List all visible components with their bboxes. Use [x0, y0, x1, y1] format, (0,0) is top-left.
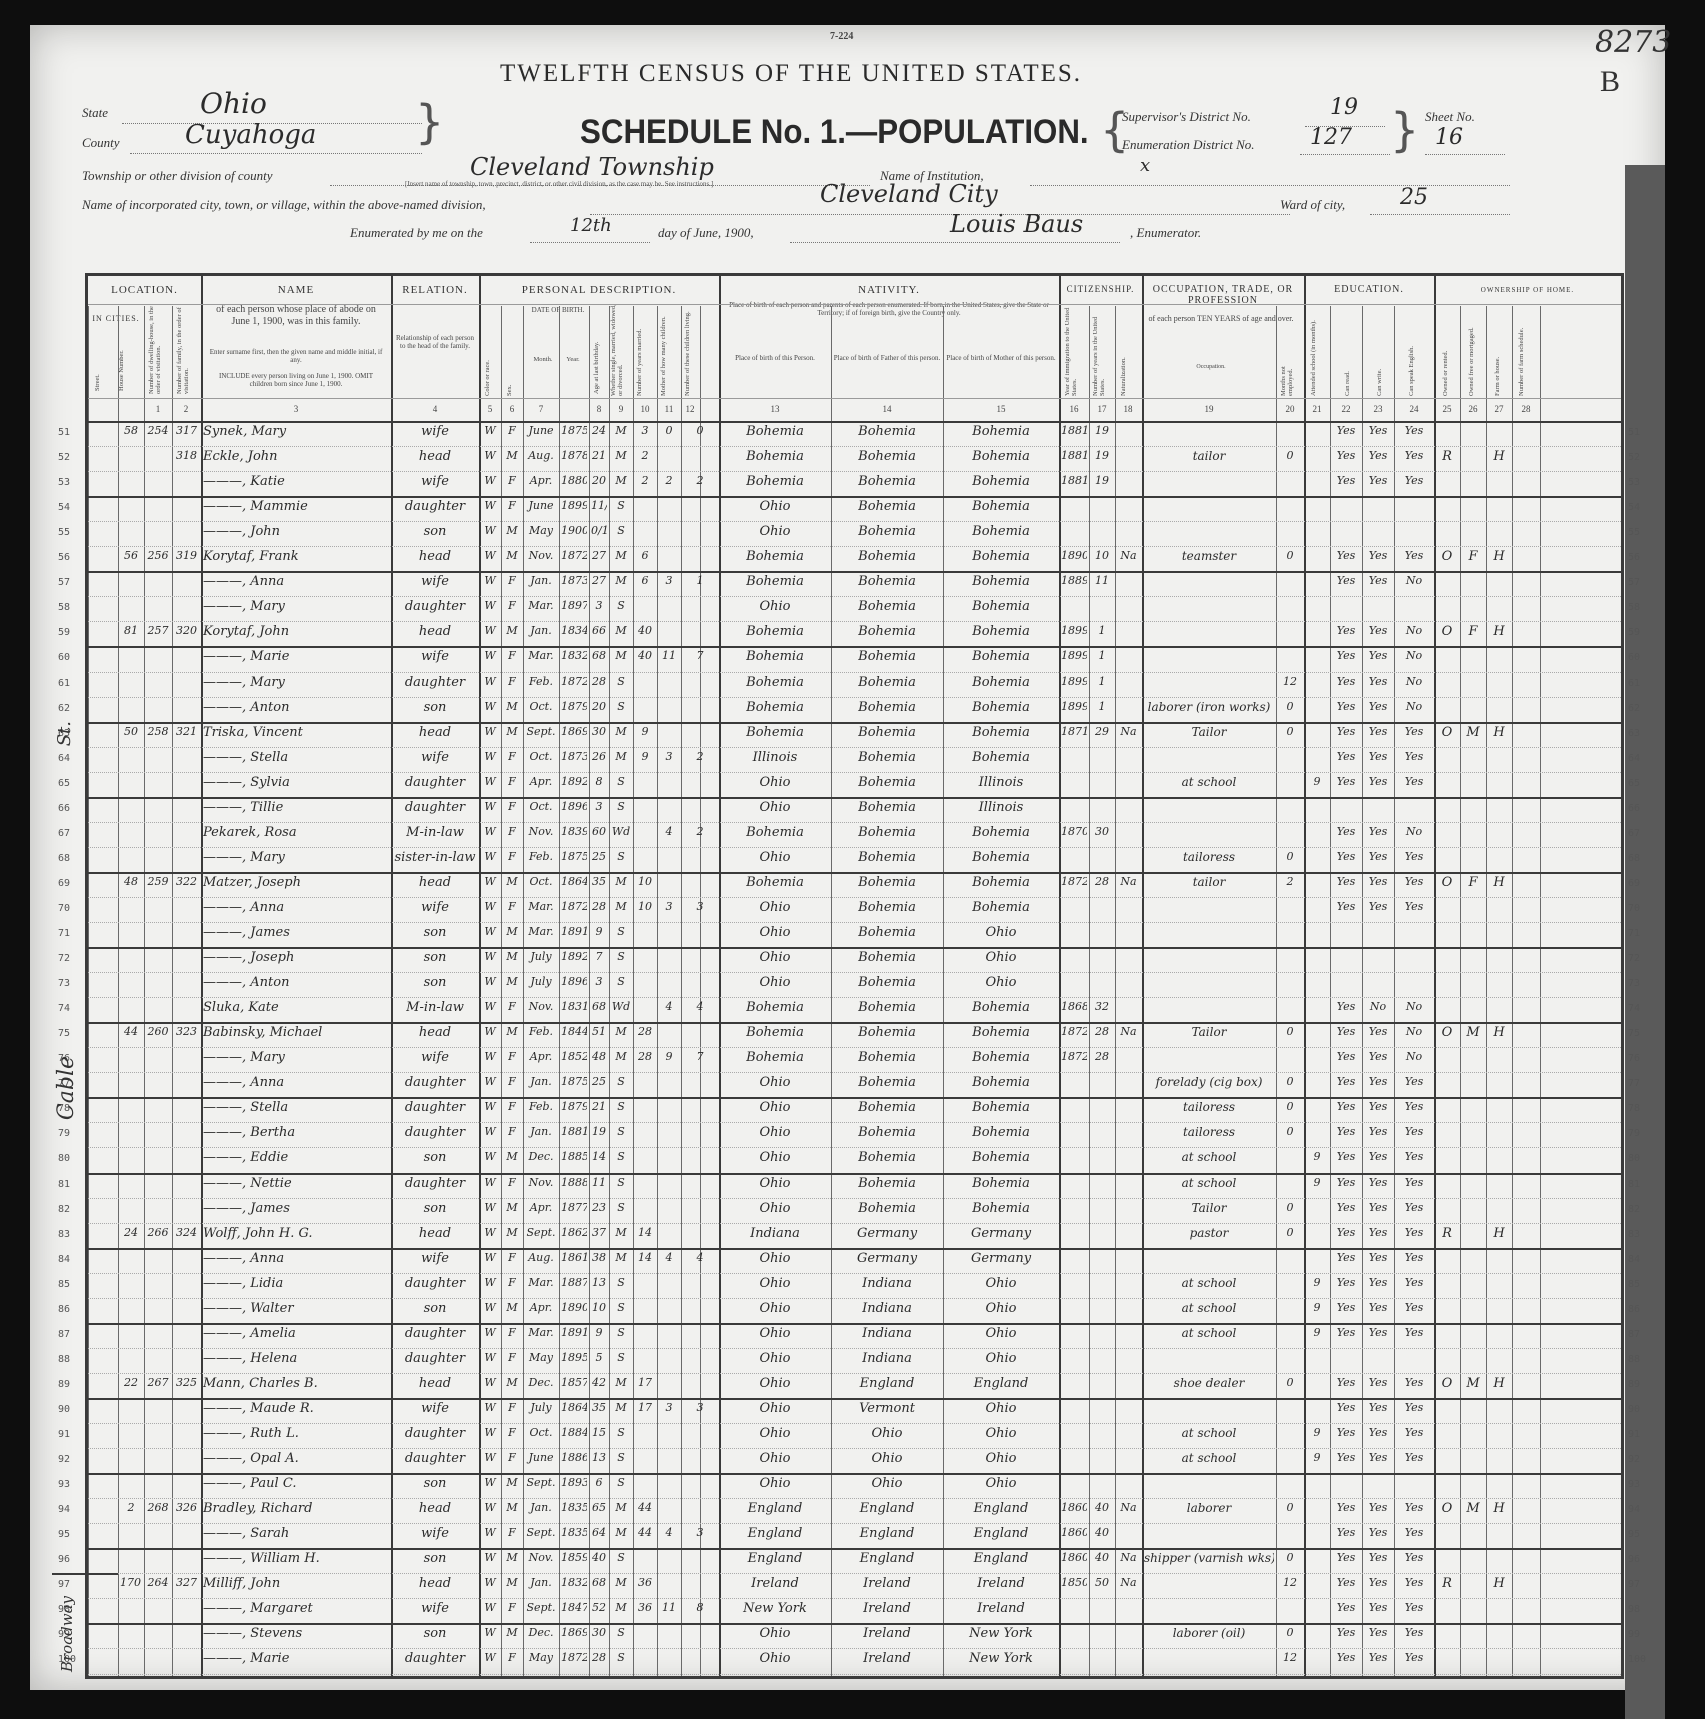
cell-family: 325 [174, 1376, 199, 1389]
cell-school: 9 [1306, 1276, 1328, 1289]
cell-color: W [481, 825, 499, 838]
cell-english: No [1396, 700, 1432, 713]
cell-marital: S [611, 1125, 631, 1138]
cell-yrs-us: 19 [1091, 449, 1113, 462]
cell-relation: wife [393, 474, 477, 489]
cell-name: Wolff, John H. G. [203, 1226, 389, 1241]
cell-name: ———, Joseph [203, 950, 389, 965]
cell-name: ———, Anton [203, 975, 389, 990]
side-note-street-cable: Cable [54, 1056, 79, 1120]
cell-relation: daughter [393, 1075, 477, 1090]
cell-read: Yes [1332, 1376, 1360, 1389]
line-number-right: 54 [1628, 502, 1640, 513]
cell-marital: M [611, 1576, 631, 1589]
cell-relation: head [393, 725, 477, 740]
line-number-left: 75 [58, 1028, 70, 1039]
cell-english: Yes [1396, 1451, 1432, 1464]
line-number-right: 97 [1628, 1579, 1640, 1590]
header-year: Year. [558, 356, 588, 364]
cell-english: Yes [1396, 1626, 1432, 1639]
table-row: ———, SarahwifeWFSept.183564M4443EnglandE… [88, 1523, 1621, 1548]
cell-english: Yes [1396, 1201, 1432, 1214]
column-number: 7 [533, 404, 549, 414]
cell-age: 9 [591, 1326, 607, 1339]
cell-english: Yes [1396, 449, 1432, 462]
header-sex: Sex. [506, 366, 513, 396]
cell-immig: 1872 [1061, 1050, 1087, 1063]
cell-owned: O [1436, 1501, 1458, 1516]
cell-marital: Wd [611, 825, 631, 838]
cell-english: Yes [1396, 1501, 1432, 1514]
township-hint: [Insert name of township, town, precinct… [405, 180, 713, 188]
cell-relation: daughter [393, 1276, 477, 1291]
brace-right-close: } [1390, 103, 1419, 157]
line-number-right: 87 [1628, 1329, 1640, 1340]
cell-color: W [481, 725, 499, 738]
cell-dwelling: 267 [146, 1376, 170, 1389]
cell-mother: Ohio [945, 925, 1057, 940]
enumeration-district: 127 [1310, 125, 1352, 150]
cell-age: 7 [591, 950, 607, 963]
cell-mother: Ohio [945, 1476, 1057, 1491]
cell-birth: Ohio [721, 1125, 829, 1140]
line-number-left: 65 [58, 778, 70, 789]
cell-marital: S [611, 850, 631, 863]
cell-name: Sluka, Kate [203, 1000, 389, 1015]
cell-year: 1893 [561, 1476, 587, 1489]
cell-year: 1859 [561, 1551, 587, 1564]
cell-yrs-married: 28 [635, 1050, 655, 1063]
cell-age: 30 [591, 725, 607, 738]
cell-english: No [1396, 1050, 1432, 1063]
cell-immig: 1881 [1061, 449, 1087, 462]
cell-read: Yes [1332, 750, 1360, 763]
cell-year: 1888 [561, 1176, 587, 1189]
cell-color: W [481, 1376, 499, 1389]
cell-read: Yes [1332, 1551, 1360, 1564]
cell-birth: England [721, 1526, 829, 1541]
cell-marital: S [611, 775, 631, 788]
cell-write: Yes [1364, 775, 1392, 788]
cell-mother: Bohemia [945, 624, 1057, 639]
cell-english: Yes [1396, 750, 1432, 763]
table-row: 318Eckle, JohnheadWMAug.187821M2BohemiaB… [88, 446, 1621, 471]
cell-color: W [481, 1651, 499, 1664]
cell-mother: Ohio [945, 1301, 1057, 1316]
day-line [530, 242, 650, 243]
cell-occupation: Tailor [1144, 1201, 1274, 1215]
cell-mother: Bohemia [945, 1000, 1057, 1015]
cell-yrs-married: 6 [635, 549, 655, 562]
cell-month: Apr. [525, 1201, 557, 1214]
table-row: ———, William H.sonWMNov.185940SEnglandEn… [88, 1548, 1621, 1573]
cell-marital: S [611, 1351, 631, 1364]
cell-birth: Ohio [721, 775, 829, 790]
cell-read: Yes [1332, 424, 1360, 437]
cell-english: Yes [1396, 1301, 1432, 1314]
cell-father: Bohemia [833, 1075, 941, 1090]
cell-mother: Bohemia [945, 474, 1057, 489]
cell-age: 48 [591, 1050, 607, 1063]
cell-father: England [833, 1501, 941, 1516]
cell-age: 27 [591, 549, 607, 562]
cell-year: 1890 [561, 1301, 587, 1314]
header-street: Street. [94, 331, 101, 391]
cell-birth: Bohemia [721, 449, 829, 464]
cell-relation: wife [393, 1050, 477, 1065]
table-row: ———, JosephsonWMJuly18927SOhioBohemiaOhi… [88, 947, 1621, 972]
cell-yrs-us: 40 [1091, 1526, 1113, 1539]
header-naturalization: Naturalization. [1120, 326, 1127, 396]
line-number-right: 83 [1628, 1229, 1640, 1240]
cell-year: 1839 [561, 825, 587, 838]
cell-year: 1877 [561, 1201, 587, 1214]
cell-birth: Bohemia [721, 725, 829, 740]
cell-immig: 1881 [1061, 424, 1087, 437]
cell-month: Apr. [525, 1301, 557, 1314]
cell-color: W [481, 1351, 499, 1364]
line-number-left: 73 [58, 978, 70, 989]
cell-birth: Ohio [721, 524, 829, 539]
cell-birth: Bohemia [721, 1025, 829, 1040]
side-note-street-st: St. [54, 721, 75, 746]
cell-marital: M [611, 1526, 631, 1539]
header-occupation-sub: of each person TEN YEARS of age and over… [1146, 314, 1296, 324]
header-name-instr2: INCLUDE every person living on June 1, 1… [208, 372, 384, 389]
cell-read: Yes [1332, 1576, 1360, 1589]
cell-mother: Bohemia [945, 449, 1057, 464]
cell-yrs-us: 1 [1091, 700, 1113, 713]
cell-sex: M [503, 925, 521, 938]
cell-natz: Na [1117, 725, 1140, 738]
cell-year: 1872 [561, 549, 587, 562]
cell-write: Yes [1364, 1251, 1392, 1264]
cell-write: Yes [1364, 875, 1392, 888]
cell-father: Bohemia [833, 1125, 941, 1140]
cell-age: 25 [591, 850, 607, 863]
cell-english: No [1396, 825, 1432, 838]
line-number-left: 54 [58, 502, 70, 513]
cell-age: 20 [591, 474, 607, 487]
cell-month: July [525, 950, 557, 963]
cell-month: Sept. [525, 1226, 557, 1239]
cell-father: Ireland [833, 1626, 941, 1641]
header-color: Color or race. [484, 326, 491, 396]
line-number-left: 55 [58, 527, 70, 538]
cell-english: Yes [1396, 1176, 1432, 1189]
cell-write: Yes [1364, 1451, 1392, 1464]
header-immigration-year: Year of immigration to the United States… [1064, 306, 1078, 396]
table-row: ———, MariedaughterWFMay187228SOhioIrelan… [88, 1648, 1621, 1673]
table-row: ———, Ruth L.daughterWFOct.188415SOhioOhi… [88, 1423, 1621, 1448]
cell-write: Yes [1364, 1201, 1392, 1214]
cell-write: Yes [1364, 1601, 1392, 1614]
cell-age: 25 [591, 1075, 607, 1088]
line-number-right: 88 [1628, 1354, 1640, 1365]
cell-write: Yes [1364, 1626, 1392, 1639]
cell-occupation: at school [1144, 775, 1274, 789]
cell-color: W [481, 1326, 499, 1339]
cell-age: 11 [591, 1176, 607, 1189]
cell-relation: wife [393, 900, 477, 915]
cell-occupation: forelady (cig box) [1144, 1075, 1274, 1089]
cell-living: 3 [683, 1526, 717, 1539]
line-number-right: 75 [1628, 1028, 1640, 1039]
cell-sex: M [503, 549, 521, 562]
cell-occupation: teamster [1144, 549, 1274, 563]
cell-sex: F [503, 574, 521, 587]
cell-year: 1885 [561, 1150, 587, 1163]
line-number-right: 69 [1628, 878, 1640, 889]
cell-father: Bohemia [833, 474, 941, 489]
cell-name: ———, Nettie [203, 1176, 389, 1191]
cell-relation: daughter [393, 1426, 477, 1441]
cell-relation: wife [393, 424, 477, 439]
supervisor-district: 19 [1330, 95, 1358, 120]
cell-owned: O [1436, 1376, 1458, 1391]
cell-birth: Bohemia [721, 649, 829, 664]
cell-birth: Bohemia [721, 1050, 829, 1065]
population-schedule-table: LOCATION. IN CITIES. NAME of each person… [85, 273, 1624, 1679]
header-mother-of: Mother of how many children. [660, 301, 667, 396]
column-number: 26 [1465, 404, 1481, 414]
cell-father: Bohemia [833, 574, 941, 589]
cell-english: Yes [1396, 1651, 1432, 1664]
cell-sex: M [503, 725, 521, 738]
cell-write: Yes [1364, 649, 1392, 662]
cell-father: Bohemia [833, 649, 941, 664]
line-number-left: 66 [58, 803, 70, 814]
cell-birth: Bohemia [721, 825, 829, 840]
cell-free: M [1462, 1025, 1484, 1040]
cell-relation: head [393, 624, 477, 639]
line-number-right: 89 [1628, 1379, 1640, 1390]
cell-relation: daughter [393, 1176, 477, 1191]
cell-year: 1879 [561, 700, 587, 713]
line-number-right: 91 [1628, 1429, 1640, 1440]
cell-immig: 1899 [1061, 649, 1087, 662]
cell-yrs-married: 9 [635, 750, 655, 763]
line-number-right: 90 [1628, 1404, 1640, 1415]
cell-read: Yes [1332, 1050, 1360, 1063]
cell-father: Indiana [833, 1351, 941, 1366]
cell-yrs-married: 36 [635, 1576, 655, 1589]
cell-english: Yes [1396, 474, 1432, 487]
cell-age: 65 [591, 1501, 607, 1514]
cell-yrs-us: 1 [1091, 649, 1113, 662]
cell-read: Yes [1332, 1150, 1360, 1163]
county-value: Cuyahoga [185, 120, 316, 150]
cell-age: 68 [591, 1000, 607, 1013]
cell-month: Mar. [525, 649, 557, 662]
cell-name: ———, Anna [203, 1251, 389, 1266]
ward-value: 25 [1400, 185, 1428, 210]
line-number-left: 51 [58, 427, 70, 438]
header-location: LOCATION. [88, 284, 201, 296]
cell-year: 1896 [561, 975, 587, 988]
cell-year: 1872 [561, 675, 587, 688]
cell-unemployed: 0 [1278, 1626, 1302, 1639]
cell-read: Yes [1332, 1301, 1360, 1314]
cell-english: No [1396, 675, 1432, 688]
cell-birth: Ohio [721, 1251, 829, 1266]
cell-relation: head [393, 449, 477, 464]
cell-farm: H [1488, 1376, 1510, 1391]
cell-living: 1 [683, 574, 717, 587]
table-row: 48259322Matzer, JosephheadWMOct.186435M1… [88, 872, 1621, 897]
enumerator-line [790, 242, 1120, 243]
header-house-number: House Number. [118, 331, 125, 391]
cell-marital: S [611, 1651, 631, 1664]
cell-unemployed: 0 [1278, 1100, 1302, 1113]
cell-relation: daughter [393, 599, 477, 614]
cell-marital: S [611, 1276, 631, 1289]
cell-month: June [525, 424, 557, 437]
cell-father: Bohemia [833, 700, 941, 715]
line-number-right: 73 [1628, 978, 1640, 989]
cell-immig: 1871 [1061, 725, 1087, 738]
cell-read: Yes [1332, 775, 1360, 788]
cell-year: 1834 [561, 624, 587, 637]
table-row: ———, MargaretwifeWFSept.184752M36118New … [88, 1598, 1621, 1623]
table-row: Pekarek, RosaM-in-lawWFNov.183960Wd42Boh… [88, 822, 1621, 847]
cell-unemployed: 12 [1278, 1576, 1302, 1589]
cell-unemployed: 0 [1278, 1025, 1302, 1038]
cell-read: Yes [1332, 1601, 1360, 1614]
cell-unemployed: 0 [1278, 1226, 1302, 1239]
header-month: Month. [528, 356, 558, 364]
cell-age: 38 [591, 1251, 607, 1264]
cell-year: 1875 [561, 850, 587, 863]
line-number-right: 85 [1628, 1279, 1640, 1290]
cell-color: W [481, 775, 499, 788]
cell-father: Bohemia [833, 1201, 941, 1216]
ward-label: Ward of city, [1280, 197, 1345, 213]
cell-year: 1875 [561, 424, 587, 437]
cell-read: Yes [1332, 1176, 1360, 1189]
cell-family: 320 [174, 624, 199, 637]
cell-sex: F [503, 1351, 521, 1364]
cell-mother: Bohemia [945, 725, 1057, 740]
cell-color: W [481, 1000, 499, 1013]
cell-mother: England [945, 1376, 1057, 1391]
cell-father: Indiana [833, 1301, 941, 1316]
cell-age: 21 [591, 1100, 607, 1113]
cell-english: Yes [1396, 875, 1432, 888]
cell-occupation: tailor [1144, 449, 1274, 463]
cell-relation: son [393, 524, 477, 539]
cell-sex: F [503, 424, 521, 437]
cell-age: 64 [591, 1526, 607, 1539]
cell-english: No [1396, 649, 1432, 662]
cell-relation: daughter [393, 775, 477, 790]
table-row: ———, MarydaughterWFFeb.187228SBohemiaBoh… [88, 672, 1621, 697]
cell-immig: 1860 [1061, 1526, 1087, 1539]
cell-name: ———, Marie [203, 649, 389, 664]
cell-mother: Bohemia [945, 524, 1057, 539]
cell-father: Bohemia [833, 675, 941, 690]
cell-age: 27 [591, 574, 607, 587]
cell-age: 28 [591, 675, 607, 688]
cell-month: Feb. [525, 675, 557, 688]
cell-month: Jan. [525, 1501, 557, 1514]
cell-color: W [481, 1150, 499, 1163]
cell-write: Yes [1364, 1075, 1392, 1088]
cell-mother: Bohemia [945, 1150, 1057, 1165]
table-row: 44260323Babinsky, MichaelheadWMFeb.18445… [88, 1022, 1621, 1047]
cell-birth: Bohemia [721, 700, 829, 715]
cell-sex: F [503, 850, 521, 863]
side-note-street-broadway: Broadway [58, 1596, 76, 1672]
cell-relation: sister-in-law [393, 850, 477, 865]
cell-read: Yes [1332, 574, 1360, 587]
cell-father: Ohio [833, 1476, 941, 1491]
cell-month: Mar. [525, 1276, 557, 1289]
cell-mother: Ohio [945, 950, 1057, 965]
cell-write: Yes [1364, 1025, 1392, 1038]
cell-relation: son [393, 1626, 477, 1641]
cell-unemployed: 0 [1278, 850, 1302, 863]
cell-sex: F [503, 1050, 521, 1063]
header-relation: RELATION. [391, 284, 479, 296]
cell-year: 1872 [561, 900, 587, 913]
line-number-right: 52 [1628, 452, 1640, 463]
cell-read: Yes [1332, 675, 1360, 688]
cell-marital: S [611, 599, 631, 612]
cell-sex: M [503, 1576, 521, 1589]
cell-yrs-married: 40 [635, 649, 655, 662]
table-row: ———, BerthadaughterWFJan.188119SOhioBohe… [88, 1122, 1621, 1147]
cell-mother: Bohemia [945, 599, 1057, 614]
cell-english: Yes [1396, 900, 1432, 913]
cell-immig: 1860 [1061, 1551, 1087, 1564]
cell-name: ———, Sylvia [203, 775, 389, 790]
cell-english: Yes [1396, 1551, 1432, 1564]
cell-name: ———, Stevens [203, 1626, 389, 1641]
line-number-right: 82 [1628, 1204, 1640, 1215]
cell-sex: M [503, 1226, 521, 1239]
cell-english: Yes [1396, 549, 1432, 562]
cell-mother: Ohio [945, 1276, 1057, 1291]
cell-sex: F [503, 1601, 521, 1614]
cell-house: 1707 [120, 1576, 142, 1589]
cell-dwelling: 256 [146, 549, 170, 562]
cell-sex: M [503, 1025, 521, 1038]
cell-mother: Bohemia [945, 675, 1057, 690]
cell-house: 56 [120, 549, 142, 562]
schedule-title: SCHEDULE No. 1.—POPULATION. [580, 113, 1089, 152]
cell-month: Dec. [525, 1376, 557, 1389]
header-owned-rented: Owned or rented. [1442, 326, 1449, 396]
cell-immig: 1872 [1061, 1025, 1087, 1038]
cell-relation: wife [393, 1401, 477, 1416]
cell-name: Korytaf, John [203, 624, 389, 639]
cell-marital: M [611, 1251, 631, 1264]
cell-relation: daughter [393, 1100, 477, 1115]
cell-write: Yes [1364, 700, 1392, 713]
cell-age: 68 [591, 1576, 607, 1589]
cell-name: ———, Stella [203, 750, 389, 765]
table-row: 2268326Bradley, RichardheadWMJan.183565M… [88, 1498, 1621, 1523]
cell-month: Jan. [525, 1125, 557, 1138]
cell-month: Feb. [525, 1100, 557, 1113]
cell-sex: F [503, 1401, 521, 1414]
line-number-right: 67 [1628, 828, 1640, 839]
cell-sex: M [503, 449, 521, 462]
cell-color: W [481, 1476, 499, 1489]
cell-occupation: at school [1144, 1301, 1274, 1315]
cell-write: Yes [1364, 1501, 1392, 1514]
